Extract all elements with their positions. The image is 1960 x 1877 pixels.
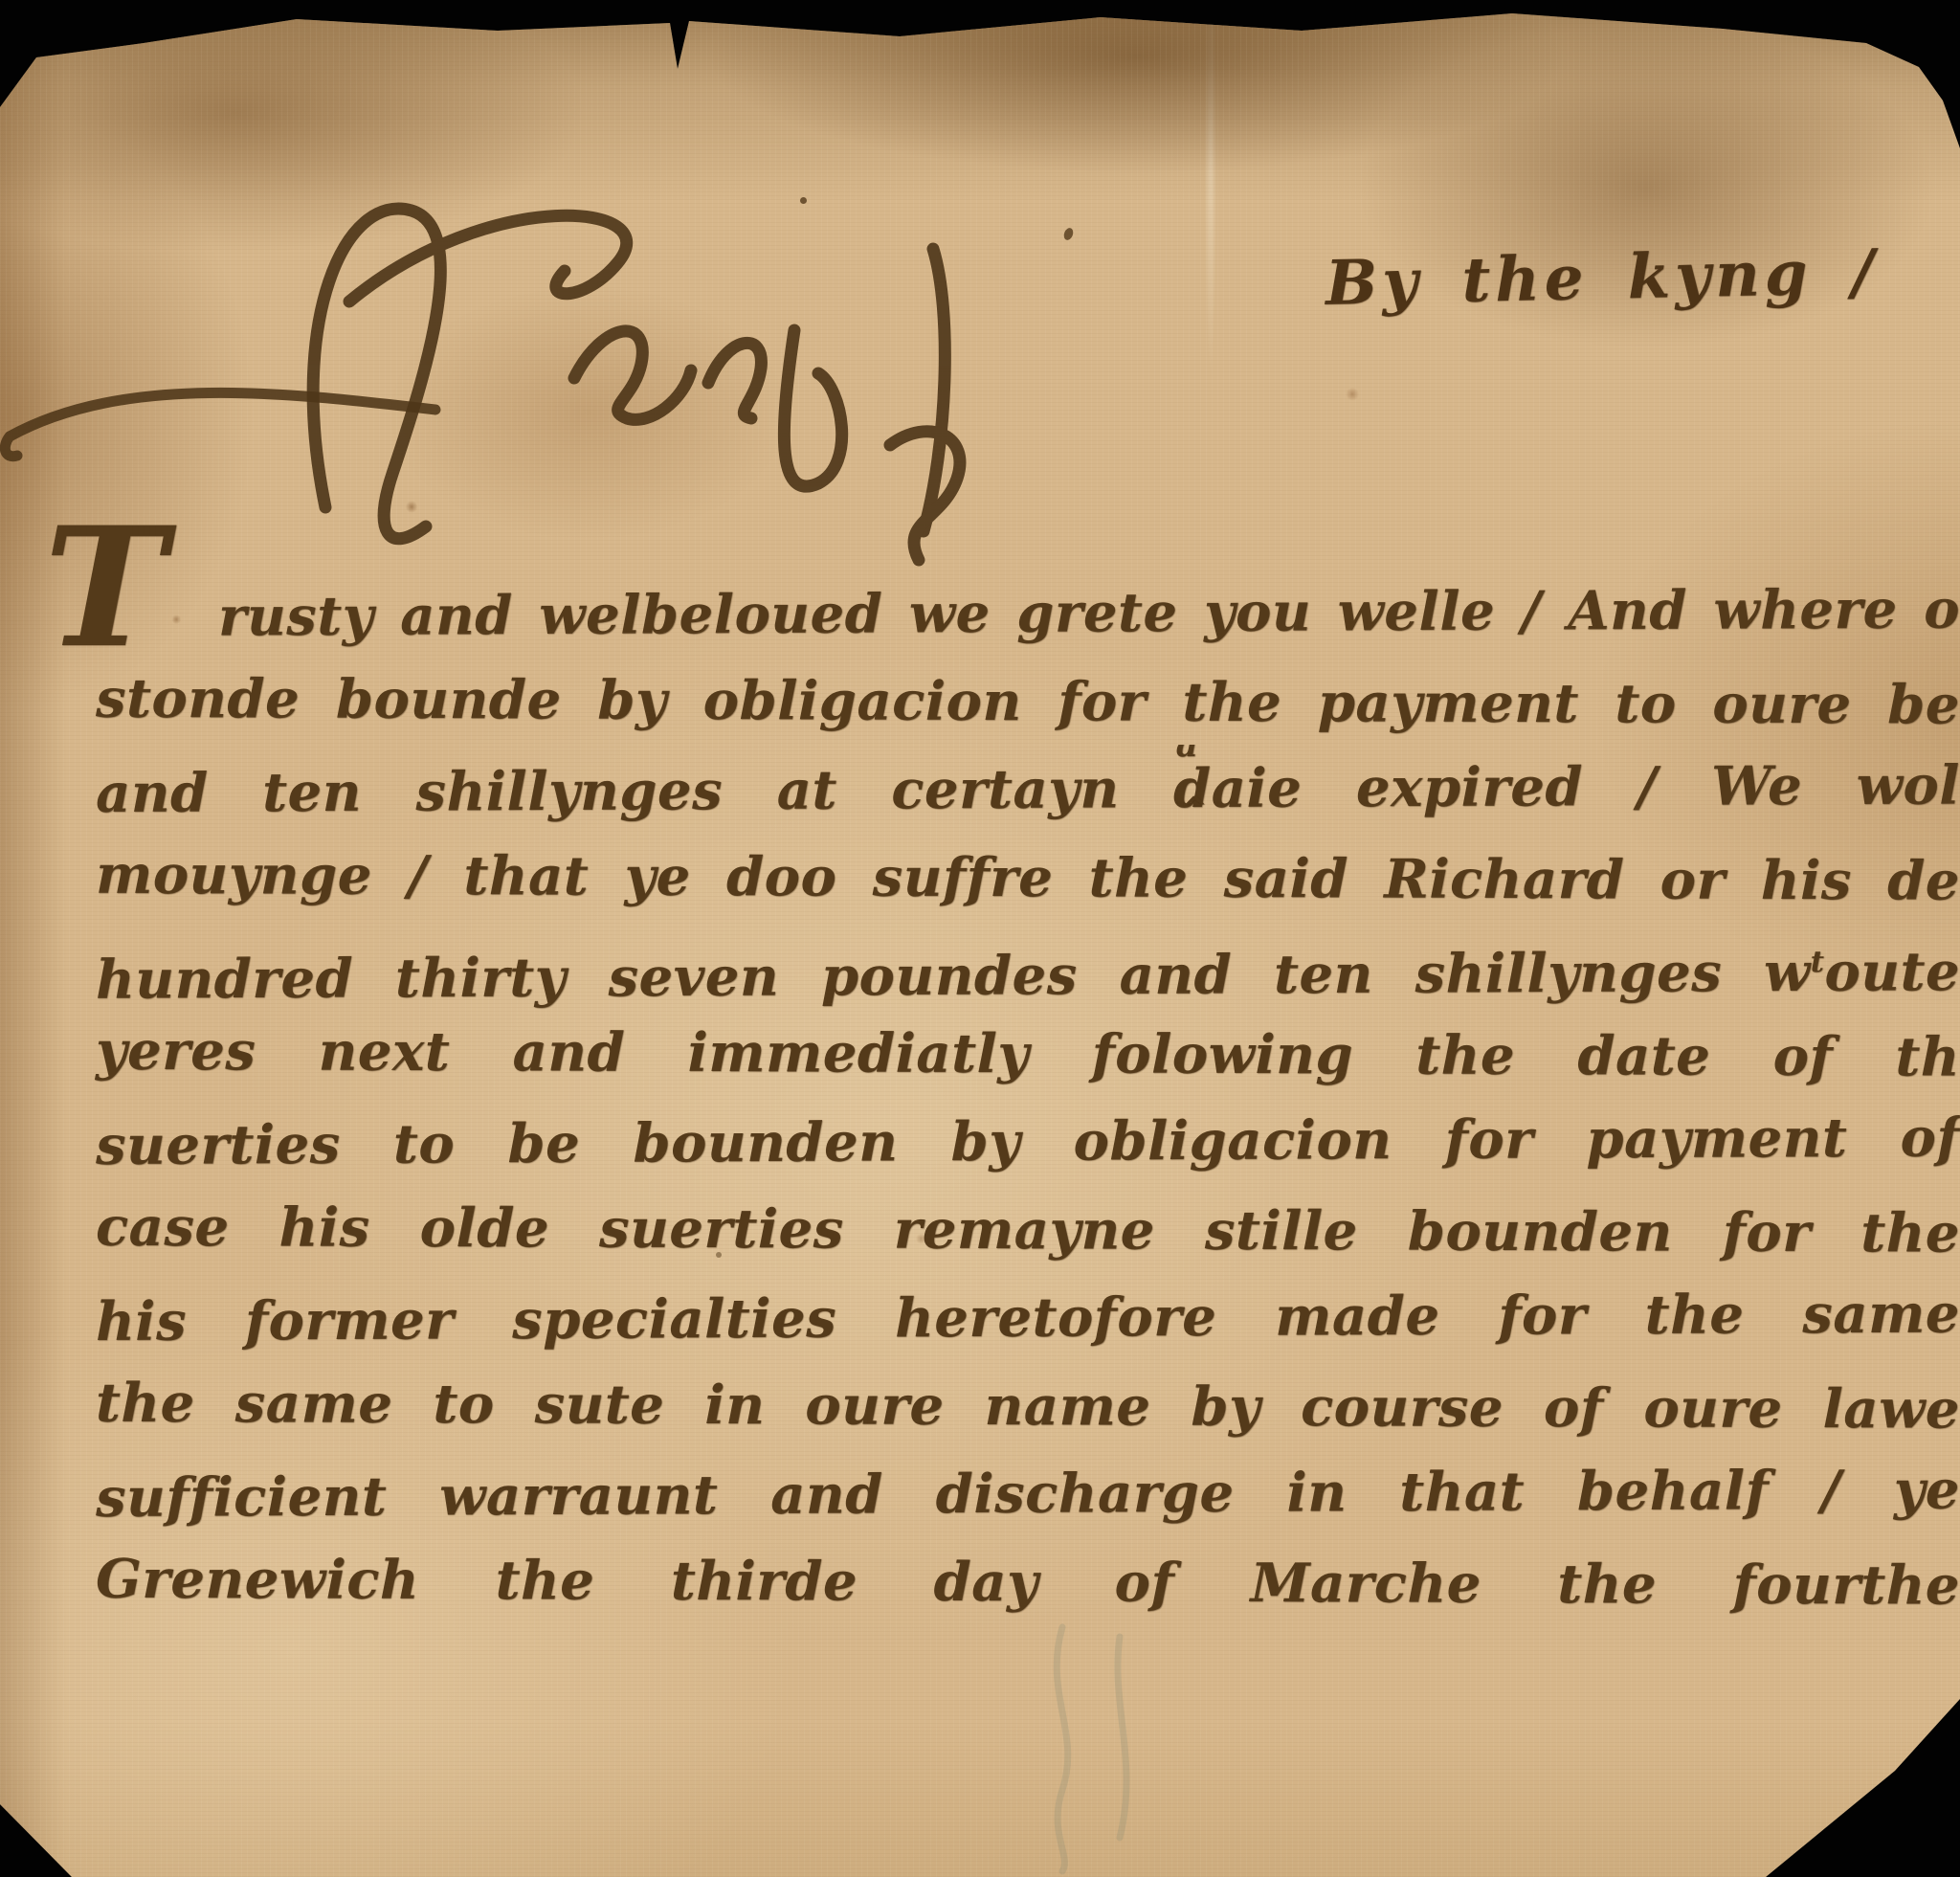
manuscript-line: hundred thirty seven poundes and ten shi… xyxy=(0,918,1960,1015)
manuscript-line: his former specialties heretofore made f… xyxy=(0,1270,1960,1367)
line-text: stonde bounde by obligacion for the paym… xyxy=(96,667,1960,737)
manuscript-line: mouynge / that ye doo suffre the said Ri… xyxy=(0,830,1960,925)
line-text: oute xyxy=(1824,940,1960,1004)
line-text: rusty and welbeloued we grete you welle … xyxy=(218,578,1960,649)
line-text: the same to sute in oure name by course … xyxy=(96,1372,1960,1441)
docket-heading: By the kyng / xyxy=(1325,235,1957,320)
line-text: his former specialties heretofore made f… xyxy=(96,1283,1960,1353)
line-text: case his olde suerties remayne stille bo… xyxy=(96,1195,1960,1265)
line-text: suerties to be bounden by obligacion for… xyxy=(96,1106,1960,1177)
manuscript-line: rusty and welbeloued we grete you welle … xyxy=(0,566,1960,662)
line-text: yeres next and immediatly folowing the d… xyxy=(96,1019,1960,1089)
line-text: and ten shillynges at xyxy=(96,758,892,825)
show-through-mark xyxy=(1005,1618,1215,1876)
parchment-sheet: By the kyng / T rusty and welbeloued we … xyxy=(0,0,1960,1877)
manuscript-line: yeres next and immediatly folowing the d… xyxy=(0,1006,1960,1101)
manuscript-line: stonde bounde by obligacion for the paym… xyxy=(0,654,1960,749)
line-text: certayn daie expired / We wol xyxy=(891,754,1960,822)
superscript-letter: t xyxy=(1811,945,1825,979)
manuscript-line: the same to sute in oure name by course … xyxy=(0,1358,1960,1453)
line-text: Grenewich the thirde day of Marche the f… xyxy=(96,1548,1960,1618)
line-text: sufficient warraunt and discharge in tha… xyxy=(96,1459,1960,1530)
pen-flourish-underline xyxy=(0,333,450,477)
manuscript-line: case his olde suerties remayne stille bo… xyxy=(0,1182,1960,1277)
scanned-manuscript: By the kyng / T rusty and welbeloued we … xyxy=(0,0,1960,1877)
line-text: mouynge / that ye doo suffre the said Ri… xyxy=(96,843,1960,913)
manuscript-line: suerties to be bounden by obligacion for… xyxy=(0,1094,1960,1191)
line-text: hundred thirty seven poundes and ten shi… xyxy=(96,941,1811,1012)
caret-mark: ^ xyxy=(1182,793,1208,823)
interlinear-insertion: a xyxy=(1176,742,1199,763)
manuscript-body: rusty and welbeloued we grete you welle … xyxy=(0,570,1960,1626)
manuscript-line: Grenewich the thirde day of Marche the f… xyxy=(0,1534,1960,1629)
ink-speck xyxy=(716,1252,722,1258)
manuscript-line: sufficient warraunt and discharge in tha… xyxy=(0,1446,1960,1543)
ink-speck xyxy=(800,197,807,204)
manuscript-line: and ten shillynges at certayn daie expir… xyxy=(0,742,1960,838)
